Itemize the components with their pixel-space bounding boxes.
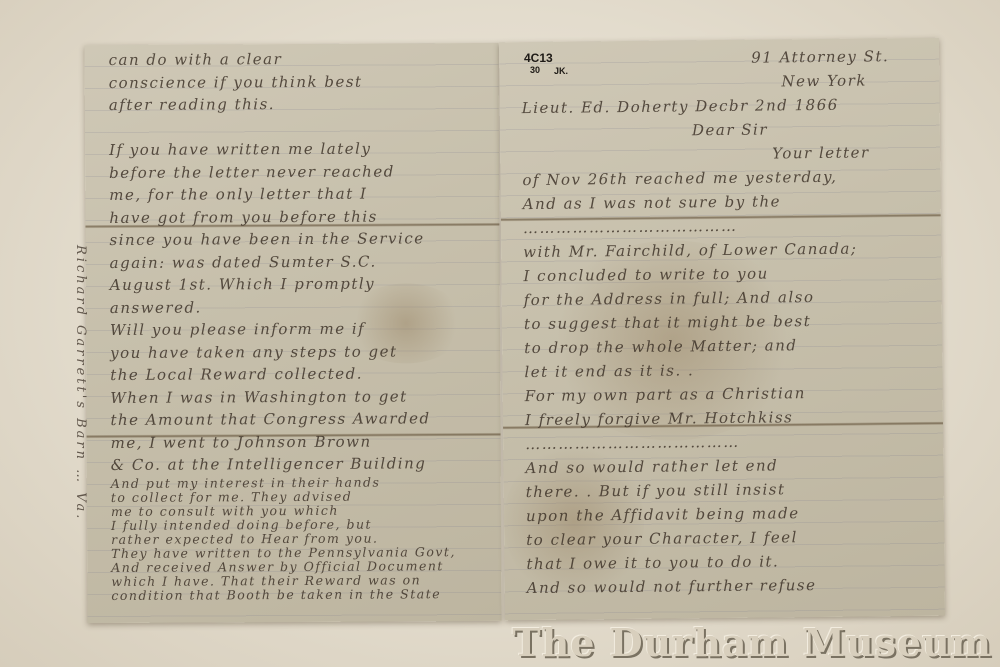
catalog-mark: 4C13 30 JK. <box>524 52 553 76</box>
handwritten-line: me, for the only letter that I <box>109 182 454 206</box>
letter-left-page: can do with a clear conscience if you th… <box>84 43 501 623</box>
handwritten-line: you have taken any steps to get <box>110 340 455 364</box>
museum-watermark: The Durham Museum <box>512 620 992 665</box>
margin-note: Richard Garrett's Barn … Va. <box>73 245 88 645</box>
handwritten-line: since you have been in the Service <box>109 227 454 251</box>
left-page-text: can do with a clear conscience if you th… <box>109 47 457 602</box>
handwritten-line: condition that Booth be taken in the Sta… <box>111 587 456 603</box>
handwritten-line: have got from you before this <box>109 205 454 229</box>
catalog-initials: JK. <box>554 65 568 77</box>
handwritten-line: And so would not further refuse <box>527 572 895 600</box>
handwritten-line <box>109 115 454 139</box>
handwritten-line: before the letter never reached <box>109 160 454 184</box>
handwritten-line: When I was in Washington to get <box>110 385 455 409</box>
right-page-text: 91 Attorney St. New York Lieut. Ed. Dohe… <box>521 44 895 600</box>
handwritten-line: the Amount that Congress Awarded <box>110 407 455 431</box>
handwritten-line: Will you please inform me if <box>110 317 455 341</box>
catalog-number: 4C13 <box>524 52 553 64</box>
handwritten-line: can do with a clear <box>109 47 454 71</box>
handwritten-line: & Co. at the Intelligencer Building <box>111 452 456 476</box>
handwritten-line: conscience if you think best <box>109 70 454 94</box>
handwritten-line: after reading this. <box>109 92 454 116</box>
catalog-sub-number: 30 <box>530 64 553 76</box>
handwritten-line: If you have written me lately <box>109 137 454 161</box>
handwritten-line: answered. <box>110 295 455 319</box>
handwritten-line: the Local Reward collected. <box>110 362 455 386</box>
handwritten-line: again: was dated Sumter S.C. <box>110 250 455 274</box>
letter-right-page: 91 Attorney St. New York Lieut. Ed. Dohe… <box>499 38 945 621</box>
handwritten-line: me, I went to Johnson Brown <box>111 430 456 454</box>
handwritten-line: August 1st. Which I promptly <box>110 272 455 296</box>
